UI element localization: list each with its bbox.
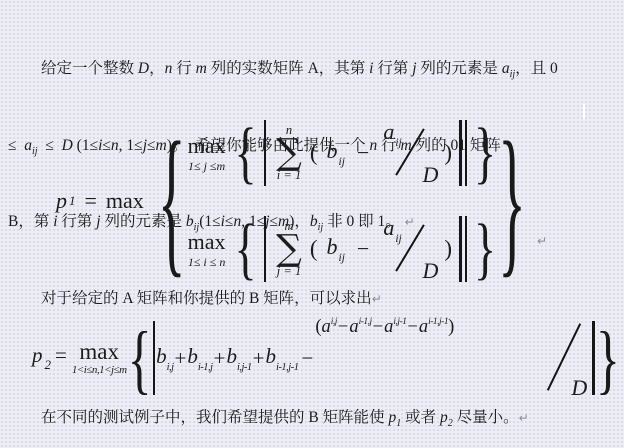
p1-rows: max1≤ j ≤m { n∑i = 1 ( bij − aijD ) } ma… — [188, 111, 496, 291]
minus-operator: − — [373, 317, 383, 338]
sum-lower-limit: i = 1 — [277, 169, 301, 182]
max-operator: max — [79, 340, 119, 363]
equals-sign: = — [85, 188, 97, 214]
slanted-fraction-a-over-D: aijD — [383, 122, 439, 184]
formula-p2: p2= max1<i≤n,1<j≤m { bi,j+bi-1,j+bi,j-1+… — [32, 314, 620, 402]
var-a: a — [502, 60, 510, 77]
p1-row-row-max: max1≤ i ≤ n { m∑j = 1 ( bij − aijD ) } — [188, 207, 496, 291]
max-with-limits: max1<i≤n,1<j≤m — [72, 340, 127, 376]
term-b: bi,j — [156, 344, 173, 373]
abs-right-bar — [592, 321, 595, 395]
var-b: b — [156, 344, 167, 368]
var-a: a — [383, 119, 394, 144]
subscript-1: 1 — [69, 193, 76, 209]
var-a: a — [24, 137, 32, 154]
equals-sign: = — [55, 343, 67, 367]
term-b: bi-1,j — [187, 344, 212, 373]
summation: n∑i = 1 — [276, 124, 302, 181]
slanted-fraction-a-group-over-D: (ai,j−ai-1,j−ai,j-1−ai-1,j-1) D — [315, 318, 591, 398]
paragraph-return-icon: ↵ — [537, 234, 547, 248]
var-b: b — [327, 234, 338, 259]
numerator-a-ij: aij — [383, 215, 401, 245]
term-b-ij: bij — [327, 138, 345, 168]
p1-row-column-max: max1≤ j ≤m { n∑i = 1 ( bij − aijD ) } — [188, 111, 496, 195]
term-b: bi,j-1 — [226, 344, 251, 373]
text-run: 行第 — [373, 60, 412, 77]
var-a: a — [383, 215, 394, 240]
text-run: 在不同的测试例子中，我们希望提供的 B 矩阵能使 — [41, 409, 388, 426]
outer-right-brace: } — [498, 118, 526, 283]
minus-operator: − — [357, 236, 369, 262]
subscript-ij: ij — [395, 137, 401, 149]
subscript: i-1,j — [359, 317, 372, 327]
subscript: i-1,j — [198, 362, 213, 373]
max-with-limits: max1≤ i ≤ n — [188, 231, 226, 268]
denominator-D: D — [422, 258, 438, 284]
right-paren: ) — [448, 317, 454, 338]
statement-line-1: 给定一个整数 D，n 行 m 列的实数矩阵 A，其第 i 行第 j 列的元素是 … — [8, 57, 616, 87]
document-page: 给定一个整数 D，n 行 m 列的实数矩阵 A，其第 i 行第 j 列的元素是 … — [0, 0, 624, 448]
left-paren: ( — [310, 140, 318, 166]
b-terms: bi,j+bi-1,j+bi,j-1+bi-1,j-1 — [156, 344, 298, 373]
abs-right-bar — [459, 120, 467, 186]
bar — [459, 216, 462, 282]
max-limits: 1≤ j ≤m — [188, 160, 225, 172]
text-run: 列的元素是 — [417, 60, 502, 77]
left-brace: { — [128, 319, 152, 397]
subscript: i,j — [167, 362, 174, 373]
sigma-icon: ∑ — [276, 137, 302, 169]
text-run: 给定一个整数 — [41, 60, 138, 77]
inner-right-brace: } — [474, 119, 496, 188]
slanted-fraction-a-over-D: aijD — [383, 218, 439, 280]
right-brace: } — [596, 319, 620, 397]
var-p: p — [32, 343, 43, 367]
max-operator: max — [188, 231, 226, 253]
var-b: b — [266, 344, 277, 368]
max-with-limits: max1≤ j ≤m — [188, 135, 226, 172]
max-limits: 1<i≤n,1<j≤m — [72, 365, 127, 376]
subscript: i-1,j-1 — [276, 362, 298, 373]
abs-left-bar — [264, 120, 267, 186]
subscript: i-1,j-1 — [428, 317, 448, 327]
formula-p1: p1=max { max1≤ j ≤m { n∑i = 1 ( bij − ai… — [56, 106, 547, 296]
text-run: B，第 — [8, 213, 53, 230]
p2-left-hand-side: p2= — [32, 343, 71, 373]
subscript: i,j-1 — [393, 317, 406, 327]
left-paren: ( — [310, 236, 318, 262]
inner-right-brace: } — [474, 215, 496, 284]
closing-statement: 在不同的测试例子中，我们希望提供的 B 矩阵能使 p1 或者 p2 尽量小。↵ — [8, 406, 624, 436]
var-b: b — [187, 344, 198, 368]
abs-left-bar — [153, 321, 156, 395]
inner-left-brace: { — [235, 119, 257, 188]
subscript: i,j — [331, 317, 337, 327]
paragraph-return-icon: ↵ — [519, 411, 529, 425]
text-run: ，且 0 — [515, 60, 558, 77]
subscript-2: 2 — [45, 357, 52, 372]
plus-operator: + — [214, 346, 226, 371]
var-p: p — [56, 188, 67, 214]
max-operator: max — [106, 188, 144, 214]
plus-operator: + — [253, 346, 265, 371]
right-paren: ) — [444, 140, 452, 166]
term-b-ij: bij — [327, 234, 345, 264]
subscript-ij: ij — [395, 233, 401, 245]
term-b: bi-1,j-1 — [266, 344, 299, 373]
text-run: 或者 — [401, 409, 440, 426]
subscript-ij: ij — [339, 252, 345, 264]
minus-operator: − — [407, 317, 417, 338]
text-run: 行 — [172, 60, 195, 77]
bar — [459, 120, 462, 186]
text-run: 尽量小。 — [453, 409, 519, 426]
text-run: ， — [149, 60, 165, 77]
sum-lower-limit: j = 1 — [277, 265, 301, 278]
numerator-a-ij: aij — [383, 119, 401, 149]
minus-operator: − — [357, 140, 369, 166]
numerator-a-terms: (ai,j−ai-1,j−ai,j-1−ai-1,j-1) — [315, 317, 454, 338]
var-a: a — [419, 317, 428, 338]
leq-symbol: ≤ — [8, 137, 24, 154]
var-m: m — [196, 60, 207, 77]
var-b: b — [327, 138, 338, 163]
summation: m∑j = 1 — [276, 220, 302, 277]
abs-left-bar — [264, 216, 267, 282]
inner-left-brace: { — [235, 215, 257, 284]
text-cursor — [583, 104, 585, 119]
var-a: a — [349, 317, 358, 338]
outer-left-brace: { — [158, 118, 186, 283]
plus-operator: + — [175, 346, 187, 371]
max-limits: 1≤ i ≤ n — [188, 256, 226, 268]
minus-operator: − — [301, 346, 313, 371]
denominator-D: D — [422, 162, 438, 188]
max-operator: max — [188, 135, 226, 157]
denominator-D: D — [571, 375, 587, 401]
var-D: D — [138, 60, 149, 77]
right-paren: ) — [444, 236, 452, 262]
abs-right-bar — [459, 216, 467, 282]
minus-operator: − — [338, 317, 348, 338]
p1-left-hand-side: p1=max — [56, 188, 144, 214]
var-a: a — [321, 317, 330, 338]
subscript: i,j-1 — [237, 362, 252, 373]
var-p: p — [440, 409, 448, 426]
subscript-ij: ij — [339, 156, 345, 168]
sigma-icon: ∑ — [276, 233, 302, 265]
bar — [465, 120, 468, 186]
var-b: b — [226, 344, 237, 368]
text-run: 列的实数矩阵 A，其第 — [207, 60, 369, 77]
var-a: a — [384, 317, 393, 338]
bar — [465, 216, 468, 282]
